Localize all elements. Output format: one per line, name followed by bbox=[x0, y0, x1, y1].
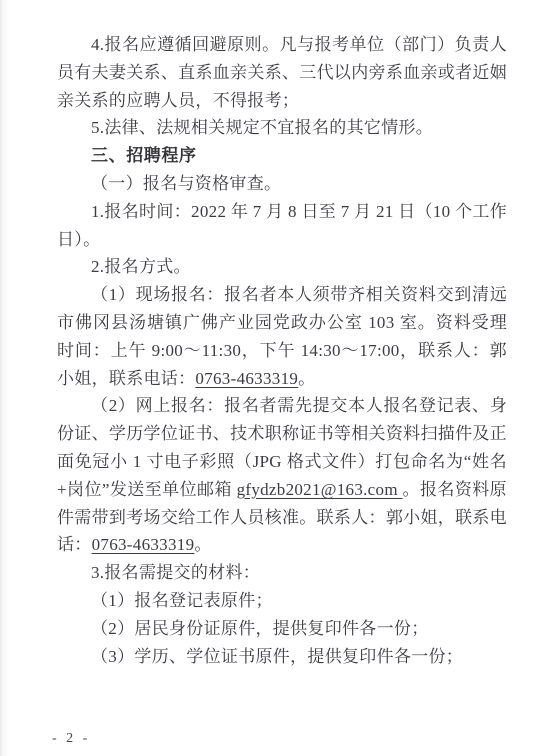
text-run: （3）学历、学位证书原件，提供复印件各一份； bbox=[91, 647, 463, 666]
para-registration-review: （一）报名与资格审查。 bbox=[57, 170, 507, 198]
para-material-2: （2）居民身份证原件，提供复印件各一份； bbox=[57, 615, 507, 643]
para-material-1: （1）报名登记表原件； bbox=[57, 587, 507, 615]
underlined-text-run: 0763-4633319 bbox=[92, 535, 195, 554]
text-run: 。 bbox=[298, 369, 315, 388]
para-other-situations: 5.法律、法规相关规定不宜报名的其它情形。 bbox=[57, 114, 507, 142]
text-run: 2.报名方式。 bbox=[91, 257, 191, 276]
para-avoidance-rule: 4.报名应遵循回避原则。凡与报考单位（部门）负责人员有夫妻关系、直系血亲关系、三… bbox=[57, 31, 507, 114]
para-registration-time: 1.报名时间：2022 年 7 月 8 日至 7 月 21 日（10 个工作日）… bbox=[57, 198, 507, 254]
text-run: 三、招聘程序 bbox=[91, 146, 197, 165]
text-run: （一）报名与资格审查。 bbox=[91, 174, 281, 193]
para-materials-title: 3.报名需提交的材料： bbox=[57, 559, 507, 587]
text-run: 3.报名需提交的材料： bbox=[91, 563, 260, 582]
para-registration-method: 2.报名方式。 bbox=[57, 253, 507, 281]
text-run: 4.报名应遵循回避原则。凡与报考单位（部门）负责人员有夫妻关系、直系血亲关系、三… bbox=[57, 35, 507, 110]
text-run: 5.法律、法规相关规定不宜报名的其它情形。 bbox=[91, 118, 433, 137]
underlined-text-run: 0763-4633319 bbox=[195, 369, 298, 388]
document-page: 4.报名应遵循回避原则。凡与报考单位（部门）负责人员有夫妻关系、直系血亲关系、三… bbox=[0, 0, 560, 756]
text-run: 1.报名时间：2022 年 7 月 8 日至 7 月 21 日（10 个工作日）… bbox=[57, 202, 507, 249]
underlined-text-run: gfydzb2021@163.com bbox=[237, 480, 403, 499]
heading-recruitment-procedure: 三、招聘程序 bbox=[57, 142, 507, 170]
para-onsite-registration: （1）现场报名：报名者本人须带齐相关资料交到清远市佛冈县汤塘镇广佛产业园党政办公… bbox=[57, 281, 507, 392]
para-material-3: （3）学历、学位证书原件，提供复印件各一份； bbox=[57, 643, 507, 671]
text-run: （1）报名登记表原件； bbox=[91, 591, 273, 610]
text-run: （2）居民身份证原件，提供复印件各一份； bbox=[91, 619, 429, 638]
document-body: 4.报名应遵循回避原则。凡与报考单位（部门）负责人员有夫妻关系、直系血亲关系、三… bbox=[57, 31, 507, 670]
text-run: 。 bbox=[194, 535, 211, 554]
para-online-registration: （2）网上报名：报名者需先提交本人报名登记表、身份证、学历学位证书、技术职称证书… bbox=[57, 392, 507, 559]
page-number: - 2 - bbox=[52, 731, 90, 747]
